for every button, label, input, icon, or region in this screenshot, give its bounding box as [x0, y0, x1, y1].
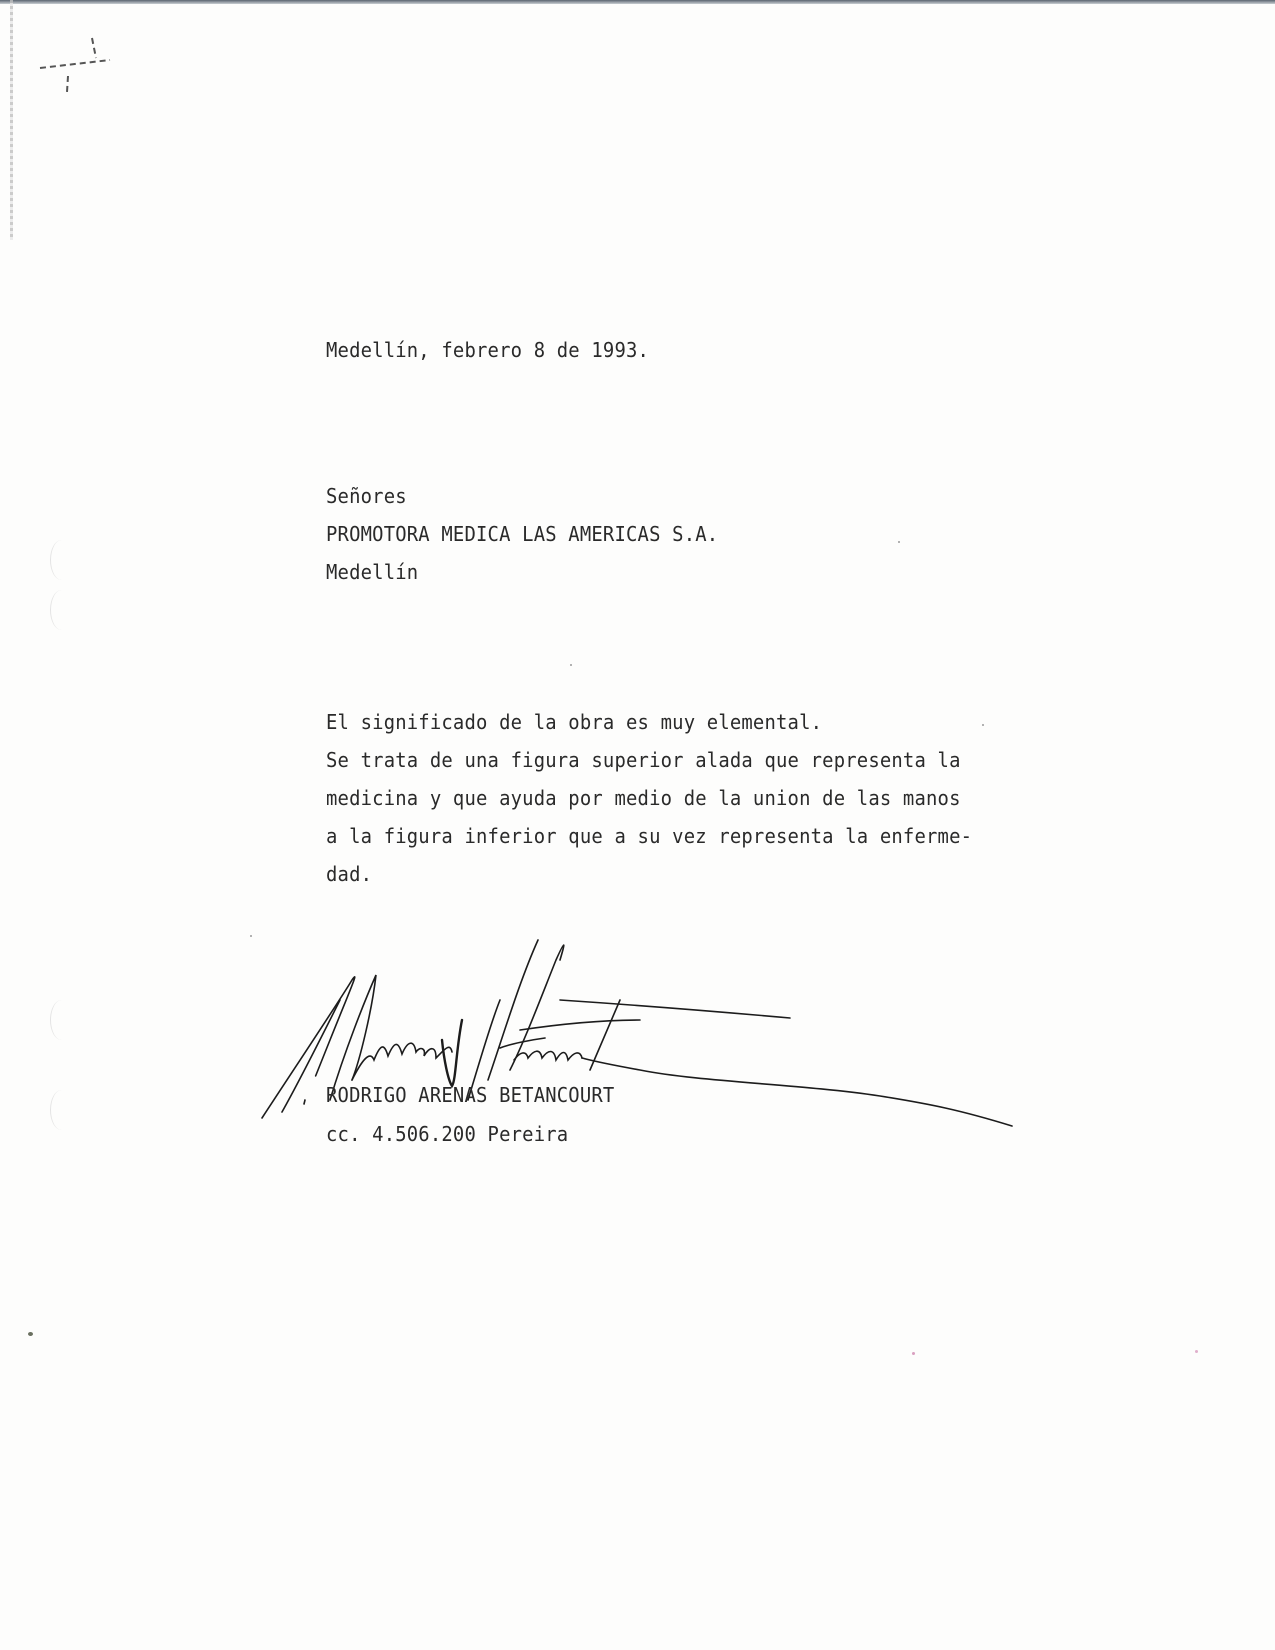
body-line: a la figura inferior que a su vez repres…: [326, 826, 972, 847]
signatory-name: RODRIGO ARENAS BETANCOURT: [326, 1085, 614, 1106]
body-line: El significado de la obra es muy element…: [326, 712, 822, 733]
body-line: Se trata de una figura superior alada qu…: [326, 750, 961, 771]
scan-top-edge: [0, 0, 1275, 4]
salutation: Señores: [326, 486, 407, 507]
recipient-organization: PROMOTORA MEDICA LAS AMERICAS S.A.: [326, 524, 718, 545]
scan-left-edge: [10, 0, 13, 240]
body-line: medicina y que ayuda por medio de la uni…: [326, 788, 961, 809]
body-line: dad.: [326, 864, 372, 885]
scan-speck: [250, 935, 252, 937]
signatory-id: cc. 4.506.200 Pereira: [326, 1124, 568, 1145]
scan-speck: [28, 1332, 33, 1336]
scan-speck: [570, 664, 572, 666]
scan-speck: [1195, 1350, 1198, 1353]
scan-speck: [912, 1352, 915, 1355]
scan-speck: [982, 724, 984, 726]
date-line: Medellín, febrero 8 de 1993.: [326, 340, 649, 361]
recipient-city: Medellín: [326, 562, 418, 583]
scan-speck: [898, 541, 900, 543]
